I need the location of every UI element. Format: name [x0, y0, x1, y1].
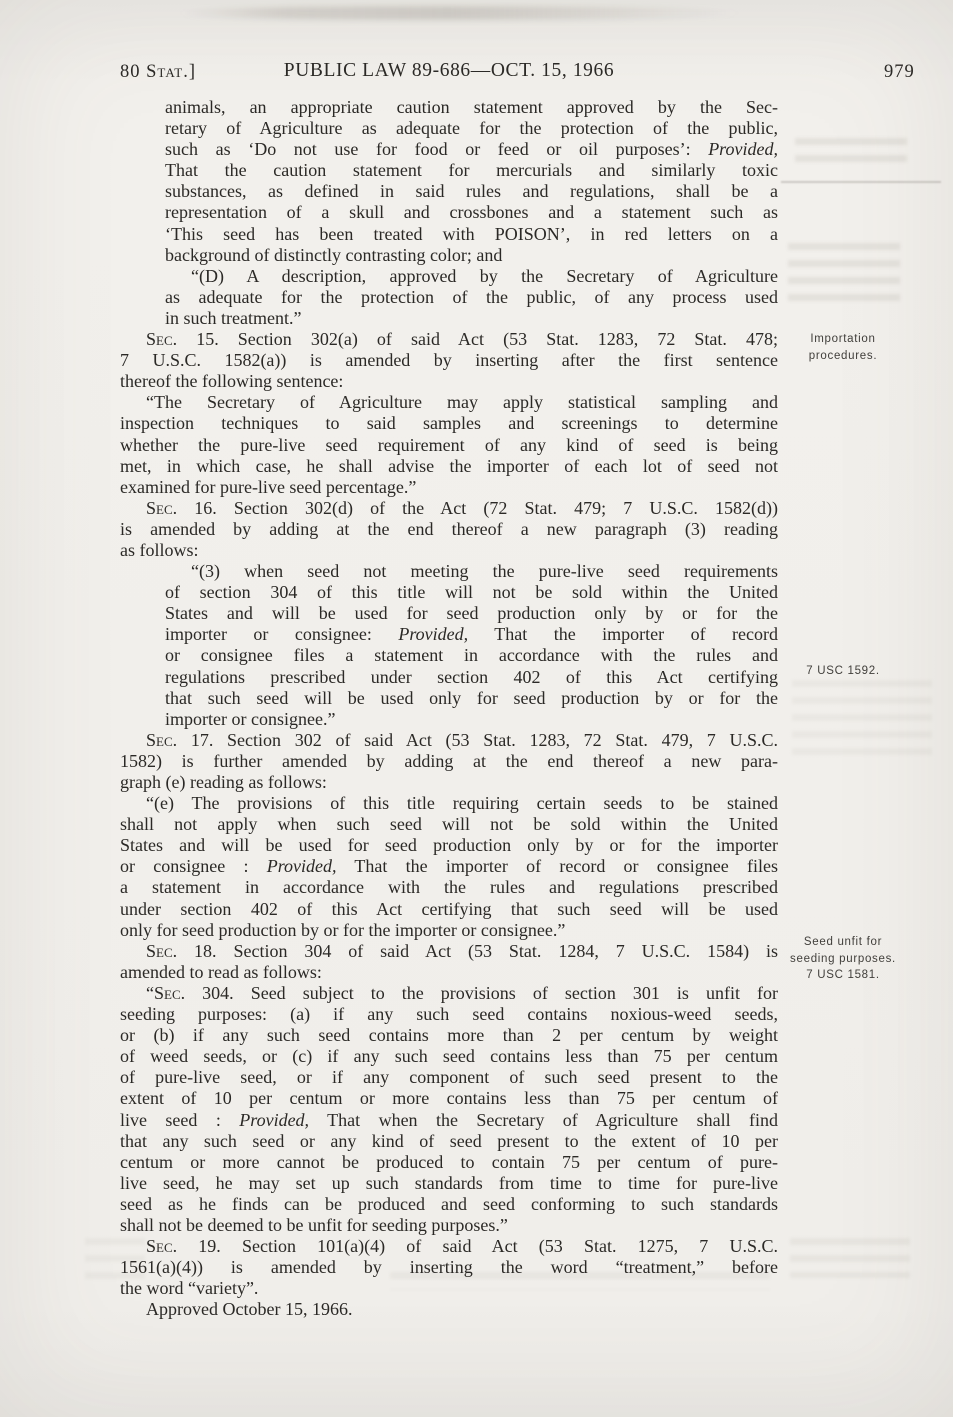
text-line: “The Secretary of Agriculture may apply … [120, 392, 778, 413]
text-line: ‘This seed has been treated with POISON’… [165, 224, 778, 245]
text-line: Sec. 15. Section 302(a) of said Act (53 … [120, 329, 778, 350]
text-line: background of distinctly contrasting col… [165, 245, 778, 266]
text-line: that such seed will be used only for see… [165, 688, 778, 709]
running-head-law-title: PUBLIC LAW 89-686—OCT. 15, 1966 [120, 60, 778, 82]
text-line: amended to read as follows: [120, 962, 778, 983]
text-line: examined for pure-live seed percentage.” [120, 477, 778, 498]
text-line: regulations prescribed under section 402… [165, 667, 778, 688]
text-line: 1582) is further amended by adding at th… [120, 751, 778, 772]
para-secretary-sampling: “The Secretary of Agriculture may apply … [120, 392, 778, 497]
margin-note-line: 7 USC 1592. [780, 663, 906, 680]
margin-note-line: 7 USC 1581. [780, 967, 906, 984]
para-caution-statement: animals, an appropriate caution statemen… [165, 97, 778, 266]
text-line: as adequate for the protection of the pu… [165, 287, 778, 308]
text-line: or consignee files a statement in accord… [165, 645, 778, 666]
text-line: the word “variety”. [120, 1278, 778, 1299]
para-paragraph-e: “(e) The provisions of this title requir… [120, 793, 778, 941]
text-line: importer or consignee: Provided, That th… [165, 624, 778, 645]
text-line: Sec. 17. Section 302 of said Act (53 Sta… [120, 730, 778, 751]
para-subsection-d: “(D) A description, approved by the Secr… [165, 266, 778, 329]
text-line: “(3) when seed not meeting the pure-live… [165, 561, 778, 582]
margin-note: Importationprocedures. [780, 331, 906, 364]
text-line: animals, an appropriate caution statemen… [165, 97, 778, 118]
para-sec-18: Sec. 18. Section 304 of said Act (53 Sta… [120, 941, 778, 983]
text-line: “Sec. 304. Seed subject to the provision… [120, 983, 778, 1004]
statute-page: 80 Stat.] PUBLIC LAW 89-686—OCT. 15, 196… [0, 0, 953, 1417]
text-line: of pure-live seed, or if any component o… [120, 1067, 778, 1088]
text-line: in such treatment.” [165, 308, 778, 329]
text-line: thereof the following sentence: [120, 371, 778, 392]
text-line: graph (e) reading as follows: [120, 772, 778, 793]
text-line: Sec. 18. Section 304 of said Act (53 Sta… [120, 941, 778, 962]
margin-notes: Importationprocedures.7 USC 1592.Seed un… [780, 0, 906, 1417]
margin-note-line: procedures. [780, 348, 906, 365]
text-line: Sec. 16. Section 302(d) of the Act (72 S… [120, 498, 778, 519]
text-line: seed as he finds can be produced and see… [120, 1194, 778, 1215]
text-line: substances, as defined in said rules and… [165, 181, 778, 202]
text-line: live seed, he may set up such standards … [120, 1173, 778, 1194]
text-line: that any such seed or any kind of seed p… [120, 1131, 778, 1152]
text-line: such as ‘Do not use for food or feed or … [165, 139, 778, 160]
document-body: animals, an appropriate caution statemen… [120, 97, 778, 1320]
text-line: shall not be deemed to be unfit for seed… [120, 1215, 778, 1236]
text-line: 1561(a)(4)) is amended by inserting the … [120, 1257, 778, 1278]
para-sec-16: Sec. 16. Section 302(d) of the Act (72 S… [120, 498, 778, 561]
margin-note: Seed unfit forseeding purposes.7 USC 158… [780, 934, 906, 984]
text-line: “(D) A description, approved by the Secr… [165, 266, 778, 287]
text-line: of weed seeds, or (c) if any such seed c… [120, 1046, 778, 1067]
text-line: 7 U.S.C. 1582(a)) is amended by insertin… [120, 350, 778, 371]
para-sec-15: Sec. 15. Section 302(a) of said Act (53 … [120, 329, 778, 392]
text-line: of section 304 of this title will not be… [165, 582, 778, 603]
text-line: live seed : Provided, That when the Secr… [120, 1110, 778, 1131]
text-line: or consignee : Provided, That the import… [120, 856, 778, 877]
text-line: is amended by adding at the end thereof … [120, 519, 778, 540]
text-line: States and will be used for seed product… [120, 835, 778, 856]
margin-note: 7 USC 1592. [780, 663, 906, 680]
text-line: as follows: [120, 540, 778, 561]
text-line: only for seed production by or for the i… [120, 920, 778, 941]
margin-note-line: Seed unfit for [780, 934, 906, 951]
text-line: representation of a skull and crossbones… [165, 202, 778, 223]
text-line: Sec. 19. Section 101(a)(4) of said Act (… [120, 1236, 778, 1257]
text-line: inspection techniques to said samples an… [120, 413, 778, 434]
text-line: That the caution statement for mercurial… [165, 160, 778, 181]
para-sec-17: Sec. 17. Section 302 of said Act (53 Sta… [120, 730, 778, 793]
text-line: whether the pure-live seed requirement o… [120, 435, 778, 456]
para-sec-19: Sec. 19. Section 101(a)(4) of said Act (… [120, 1236, 778, 1299]
margin-note-line: seeding purposes. [780, 951, 906, 968]
text-line: importer or consignee.” [165, 709, 778, 730]
text-line: retary of Agriculture as adequate for th… [165, 118, 778, 139]
text-line: or (b) if any such seed contains more th… [120, 1025, 778, 1046]
text-line: under section 402 of this Act certifying… [120, 899, 778, 920]
text-line: States and will be used for seed product… [165, 603, 778, 624]
text-line: met, in which case, he shall advise the … [120, 456, 778, 477]
text-line: seeding purposes: (a) if any such seed c… [120, 1004, 778, 1025]
text-line: centum or more cannot be produced to con… [120, 1152, 778, 1173]
text-line: “(e) The provisions of this title requir… [120, 793, 778, 814]
scan-artifact-top-smudge [180, 6, 740, 20]
para-paragraph-3: “(3) when seed not meeting the pure-live… [165, 561, 778, 730]
text-line: shall not apply when such seed will not … [120, 814, 778, 835]
text-line: a statement in accordance with the rules… [120, 877, 778, 898]
text-line: Approved October 15, 1966. [120, 1299, 778, 1320]
para-approved: Approved October 15, 1966. [120, 1299, 778, 1320]
text-line: extent of 10 per centum or more contains… [120, 1088, 778, 1109]
para-sec-304: “Sec. 304. Seed subject to the provision… [120, 983, 778, 1236]
margin-note-line: Importation [780, 331, 906, 348]
